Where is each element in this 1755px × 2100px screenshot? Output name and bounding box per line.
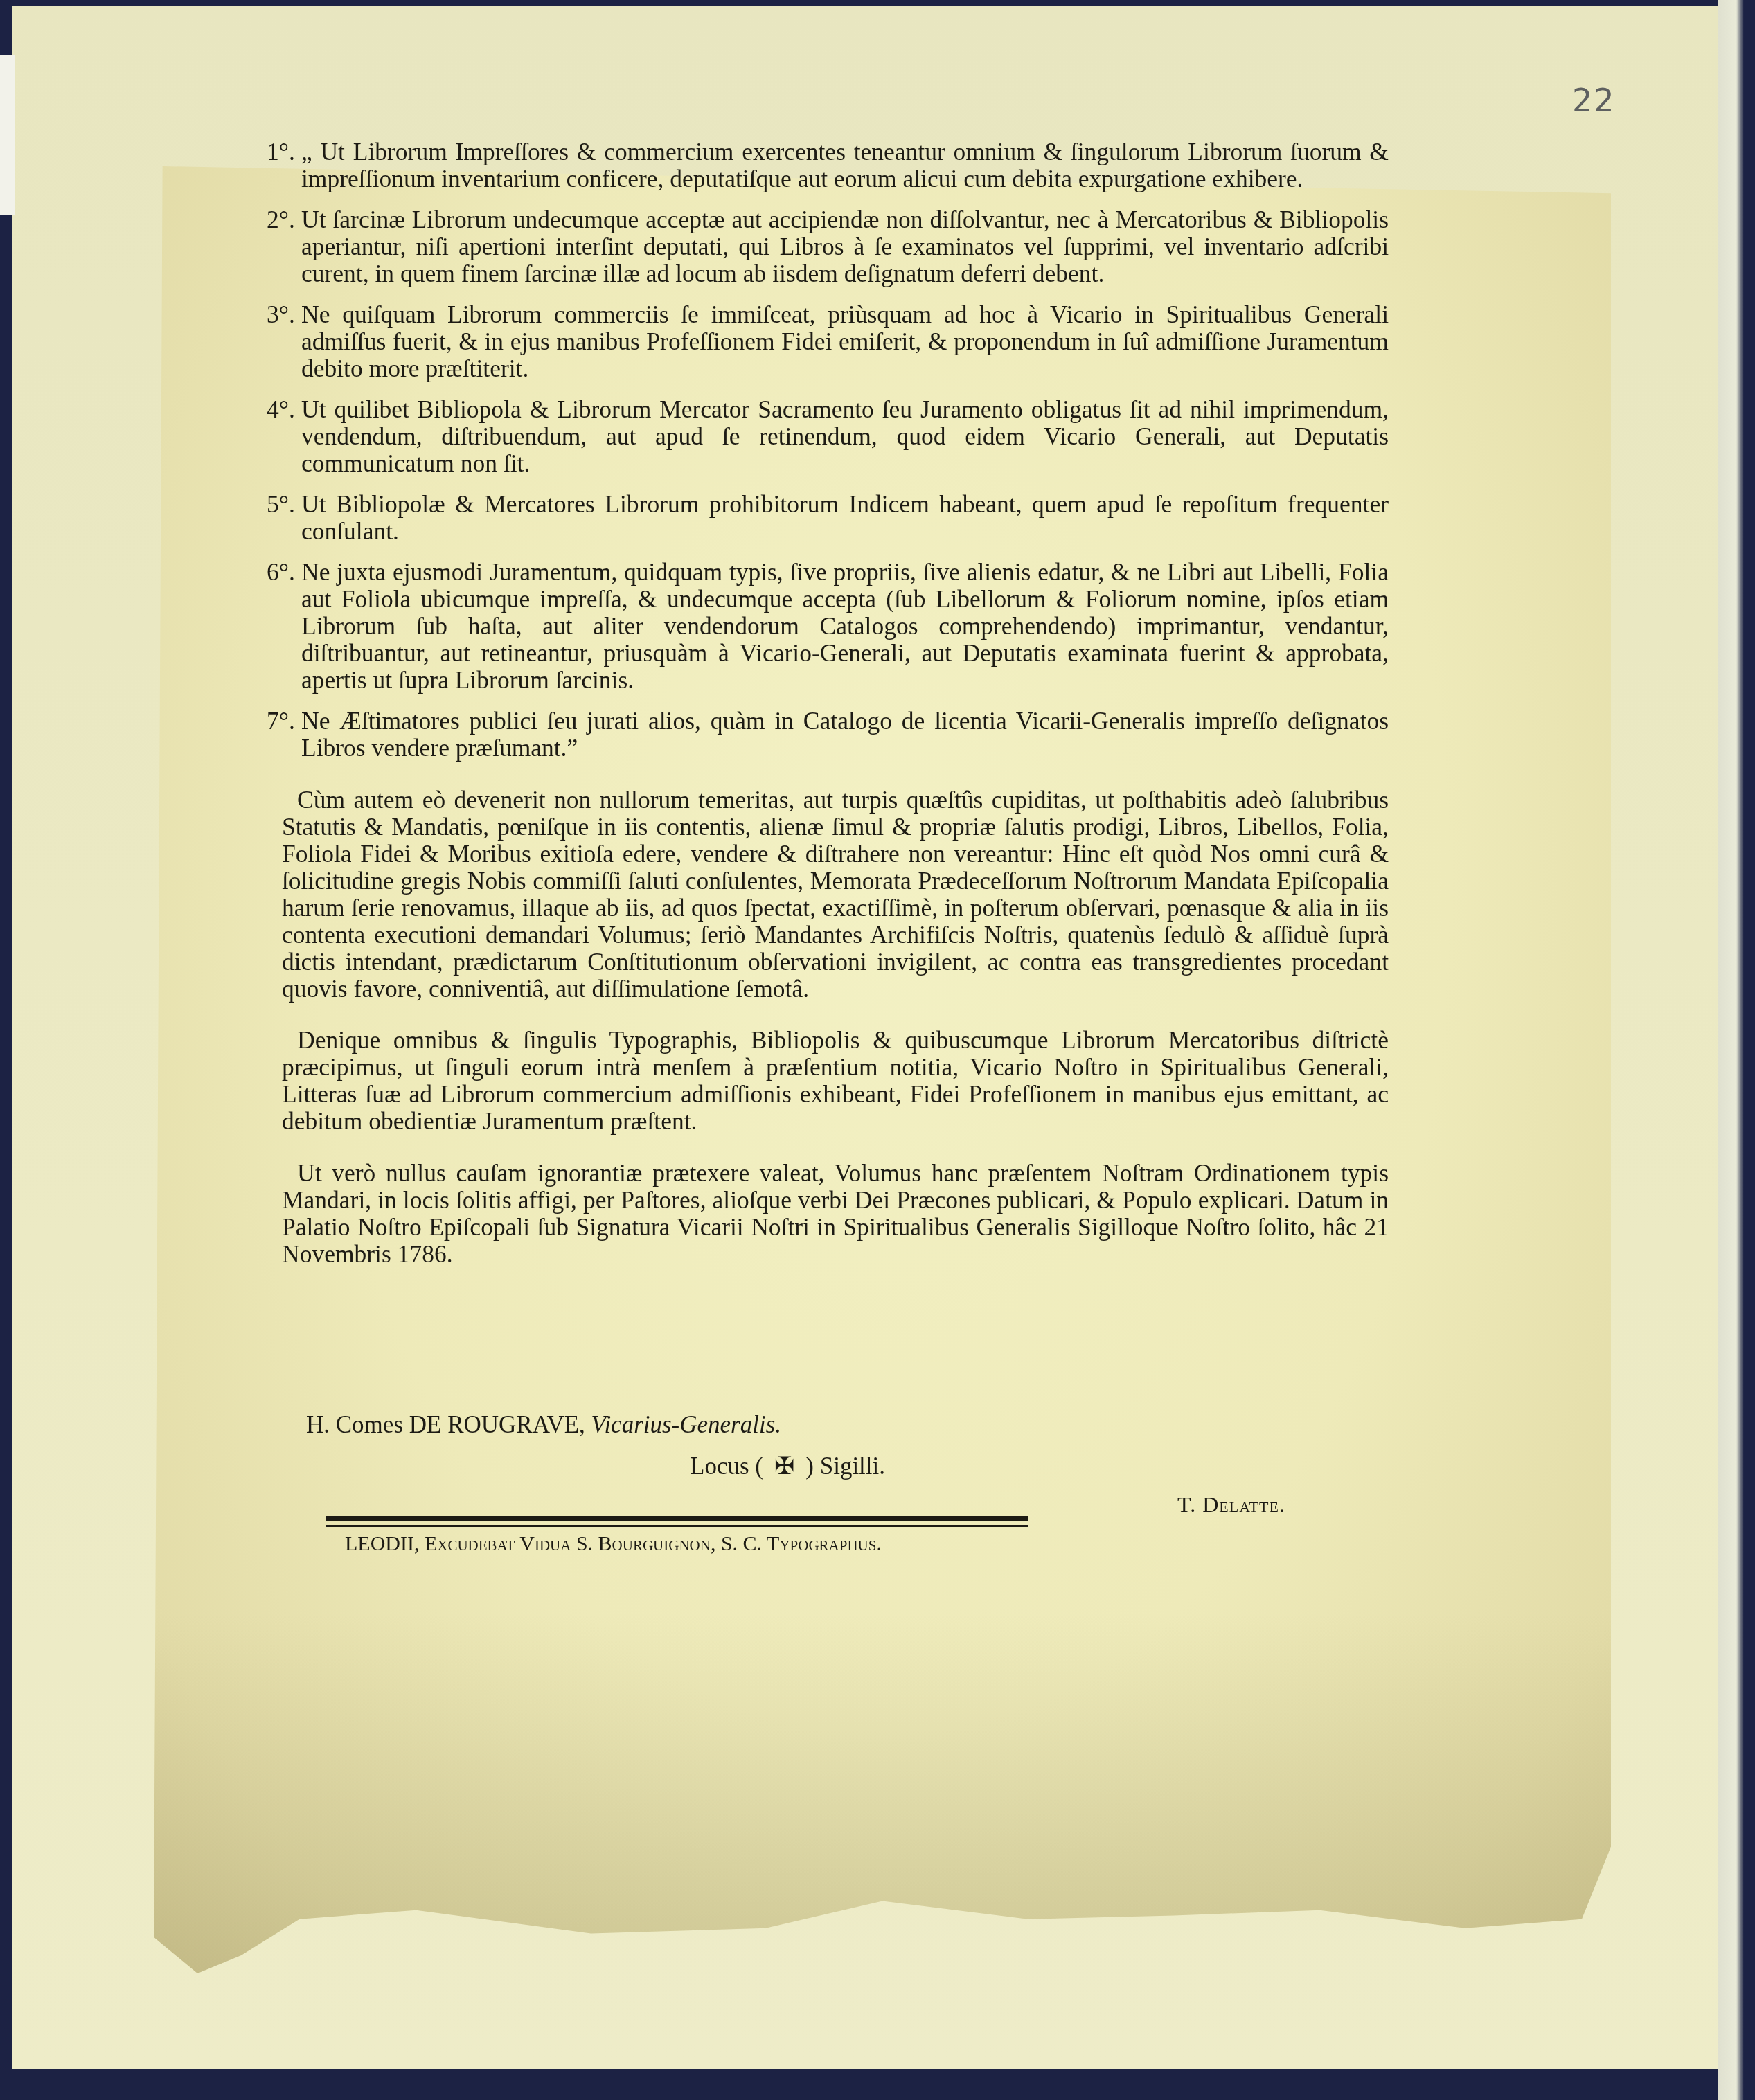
seal-placeholder: Locus (✠) Sigilli. (690, 1453, 885, 1480)
article-number: 5°. (267, 491, 295, 518)
seal-paren-open: ( (755, 1453, 763, 1480)
seal-sigilli: Sigilli. (820, 1453, 885, 1480)
seal-paren-close: ) (805, 1453, 814, 1480)
article-number: 2°. (267, 206, 295, 233)
cross-icon: ✠ (774, 1453, 794, 1480)
signature-line: H. Comes DE ROUGRAVE, Vicarius-Generalis… (306, 1411, 781, 1439)
mount-strip-right (1718, 0, 1755, 2100)
article-6: 6°. Ne juxta ejusmodi Juramentum, quidqu… (267, 559, 1389, 694)
article-7: 7°. Ne Æſtimatores publici ſeu jurati al… (267, 708, 1389, 762)
article-number: 7°. (267, 708, 295, 735)
article-text: „ Ut Librorum Impreſſores & commercium e… (301, 138, 1389, 192)
printer-imprint: LEODII, Excudebat Vidua S. Bourguignon, … (345, 1532, 882, 1556)
paragraph-cum-autem: Cùm autem eò devenerit non nullorum teme… (267, 787, 1389, 1003)
article-number: 6°. (267, 559, 295, 586)
mount-strip-left (0, 55, 15, 215)
article-number: 4°. (267, 396, 295, 423)
article-text: Ne Æſtimatores publici ſeu jurati alios,… (301, 707, 1389, 762)
article-text: Ut quilibet Bibliopola & Librorum Mercat… (301, 395, 1389, 477)
article-5: 5°. Ut Bibliopolæ & Mercatores Librorum … (267, 491, 1389, 545)
article-text: Ne quiſquam Librorum commerciis ſe immiſ… (301, 300, 1389, 382)
article-text: Ut ſarcinæ Librorum undecumque acceptæ a… (301, 206, 1389, 287)
article-number: 3°. (267, 301, 295, 328)
ordinance-text: 1°. „ Ut Librorum Impreſſores & commerci… (267, 138, 1389, 1282)
article-number: 1°. (267, 138, 295, 165)
article-4: 4°. Ut quilibet Bibliopola & Librorum Me… (267, 396, 1389, 477)
article-1: 1°. „ Ut Librorum Impreſſores & commerci… (267, 138, 1389, 192)
article-3: 3°. Ne quiſquam Librorum commerciis ſe i… (267, 301, 1389, 382)
signatory-title: Vicarius-Generalis. (591, 1411, 781, 1438)
article-2: 2°. Ut ſarcinæ Librorum undecumque accep… (267, 206, 1389, 287)
paragraph-denique: Denique omnibus & ſingulis Typographis, … (267, 1027, 1389, 1135)
article-text: Ne juxta ejusmodi Juramentum, quidquam t… (301, 558, 1389, 694)
divider-rule-thick (326, 1516, 1028, 1521)
folio-number: 22 (1572, 82, 1616, 119)
countersignature: T. Delatte. (1177, 1492, 1285, 1518)
divider-rule-thin (326, 1525, 1028, 1527)
article-text: Ut Bibliopolæ & Mercatores Librorum proh… (301, 490, 1389, 545)
signatory-name: H. Comes DE ROUGRAVE, (306, 1411, 585, 1438)
paragraph-ut-vero: Ut verò nullus cauſam ignorantiæ prætexe… (267, 1160, 1389, 1268)
seal-locus: Locus (690, 1453, 749, 1480)
